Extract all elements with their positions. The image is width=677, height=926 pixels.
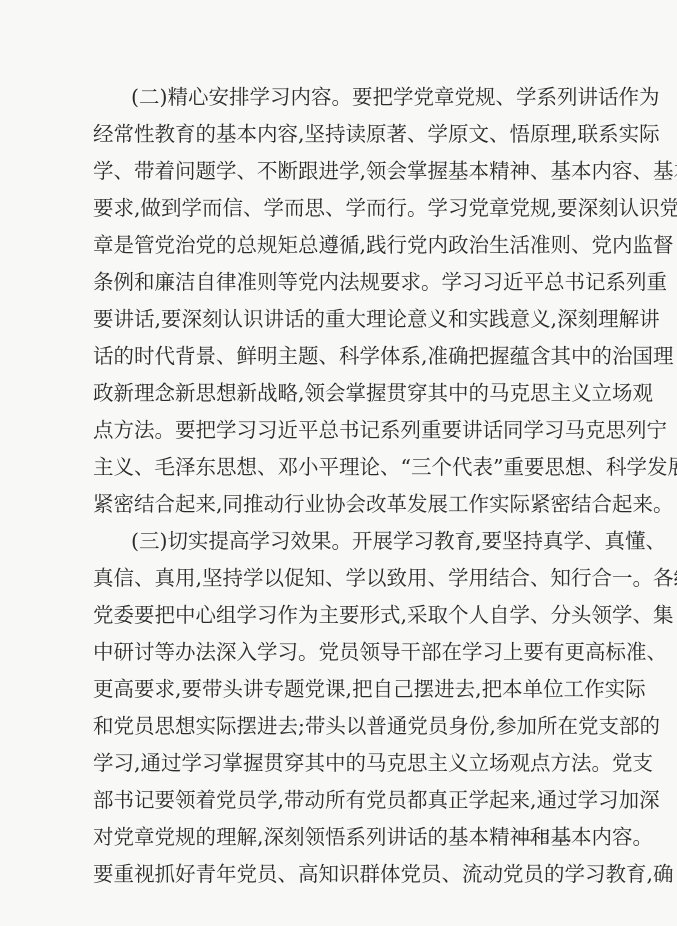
text-line: 要重视抓好青年党员、高知识群体党员、流动党员的学习教育,确 bbox=[93, 856, 593, 893]
text-line: (三)切实提高学习效果。开展学习教育,要坚持真学、真懂、 bbox=[93, 523, 593, 560]
text-line: 话的时代背景、鲜明主题、科学体系,准确把握蕴含其中的治国理 bbox=[93, 338, 593, 375]
text-line: 更高要求,要带头讲专题党课,把自己摆进去,把本单位工作实际 bbox=[93, 671, 593, 708]
text-line: 紧密结合起来,同推动行业协会改革发展工作实际紧密结合起来。 bbox=[93, 486, 593, 523]
text-line: 学习,通过学习掌握贯穿其中的马克思主义立场观点方法。党支 bbox=[93, 745, 593, 782]
text-line: 真信、真用,坚持学以促知、学以致用、学用结合、知行合一。各级 bbox=[93, 560, 593, 597]
text-line: 党委要把中心组学习作为主要形式,采取个人自学、分头领学、集 bbox=[93, 597, 593, 634]
text-line: (二)精心安排学习内容。要把学党章党规、学系列讲话作为 bbox=[93, 79, 593, 116]
text-line: 主义、毛泽东思想、邓小平理论、“三个代表”重要思想、科学发展观 bbox=[93, 449, 593, 486]
document-page: (二)精心安排学习内容。要把学党章党规、学系列讲话作为 经常性教育的基本内容,坚… bbox=[0, 0, 677, 926]
text-line: 部书记要领着党员学,带动所有党员都真正学起来,通过学习加深 bbox=[93, 782, 593, 819]
text-line: 中研讨等办法深入学习。党员领导干部在学习上要有更高标准、 bbox=[93, 634, 593, 671]
text-line: 经常性教育的基本内容,坚持读原著、学原文、悟原理,联系实际 bbox=[93, 116, 593, 153]
text-line: 政新理念新思想新战略,领会掌握贯穿其中的马克思主义立场观 bbox=[93, 375, 593, 412]
text-line: 章是管党治党的总规矩总遵循,践行党内政治生活准则、党内监督 bbox=[93, 227, 593, 264]
body-text: (二)精心安排学习内容。要把学党章党规、学系列讲话作为 经常性教育的基本内容,坚… bbox=[93, 79, 593, 893]
text-line: 和党员思想实际摆进去;带头以普通党员身份,参加所在党支部的 bbox=[93, 708, 593, 745]
text-line: 条例和廉洁自律准则等党内法规要求。学习习近平总书记系列重 bbox=[93, 264, 593, 301]
text-line: 要讲话,要深刻认识讲话的重大理论意义和实践意义,深刻理解讲 bbox=[93, 301, 593, 338]
text-line: 点方法。要把学习习近平总书记系列重要讲话同学习马克思列宁 bbox=[93, 412, 593, 449]
text-line: 要求,做到学而信、学而思、学而行。学习党章党规,要深刻认识党 bbox=[93, 190, 593, 227]
page-number: — 5 — bbox=[505, 829, 585, 849]
text-line: 学、带着问题学、不断跟进学,领会掌握基本精神、基本内容、基本 bbox=[93, 153, 593, 190]
